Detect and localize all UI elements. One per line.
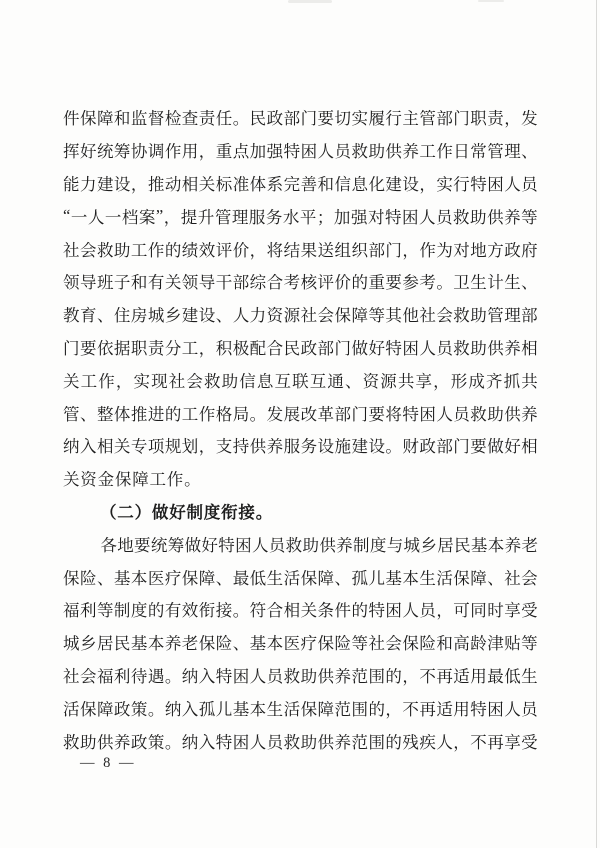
page-number: — 8 — bbox=[80, 755, 136, 772]
text-line: 关资金保障工作。 bbox=[63, 462, 538, 495]
text-line: 门要依据职责分工，积极配合民政部门做好特困人员救助供养相 bbox=[63, 331, 538, 364]
scanned-document: { "page": { "paper_color": "#fdfdfc", "i… bbox=[0, 0, 600, 848]
scan-artifact bbox=[478, 0, 504, 2]
text-line: 城乡居民基本养老保险、基本医疗保险等社会保险和高龄津贴等 bbox=[63, 626, 538, 659]
text-line: 挥好统筹协调作用，重点加强特困人员救助供养工作日常管理、 bbox=[63, 134, 538, 167]
text-line: 管、整体推进的工作格局。发展改革部门要将特困人员救助供养 bbox=[63, 396, 538, 429]
document-body: 件保障和监督检查责任。民政部门要切实履行主管部门职责，发挥好统筹协调作用，重点加… bbox=[63, 101, 538, 757]
text-line: 保险、基本医疗保障、最低生活保障、孤儿基本生活保障、社会 bbox=[63, 560, 538, 593]
text-line: 关工作，实现社会救助信息互联互通、资源共享，形成齐抓共 bbox=[63, 363, 538, 396]
text-line: “一人一档案”，提升管理服务水平；加强对特困人员救助供养等 bbox=[63, 199, 538, 232]
scan-artifact bbox=[288, 0, 332, 3]
text-line: 领导班子和有关领导干部综合考核评价的重要参考。卫生计生、 bbox=[63, 265, 538, 298]
text-line: 社会福利待遇。纳入特困人员救助供养范围的，不再适用最低生 bbox=[63, 659, 538, 692]
text-line: 纳入相关专项规划，支持供养服务设施建设。财政部门要做好相 bbox=[63, 429, 538, 462]
text-line: 活保障政策。纳入孤儿基本生活保障范围的，不再适用特困人员 bbox=[63, 691, 538, 724]
text-line: 能力建设，推动相关标准体系完善和信息化建设，实行特困人员 bbox=[63, 167, 538, 200]
text-line: 社会救助工作的绩效评价，将结果送组织部门，作为对地方政府 bbox=[63, 232, 538, 265]
scan-edge-line bbox=[596, 0, 597, 848]
text-line: 教育、住房城乡建设、人力资源社会保障等其他社会救助管理部 bbox=[63, 298, 538, 331]
section-heading: （二）做好制度衔接。 bbox=[63, 495, 538, 528]
text-line: 福利等制度的有效衔接。符合相关条件的特困人员，可同时享受 bbox=[63, 593, 538, 626]
text-line: 救助供养政策。纳入特困人员救助供养范围的残疾人，不再享受 bbox=[63, 724, 538, 757]
text-line: 各地要统筹做好特困人员救助供养制度与城乡居民基本养老 bbox=[63, 527, 538, 560]
document-page: 件保障和监督检查责任。民政部门要切实履行主管部门职责，发挥好统筹协调作用，重点加… bbox=[0, 0, 600, 848]
text-line: 件保障和监督检查责任。民政部门要切实履行主管部门职责，发 bbox=[63, 101, 538, 134]
